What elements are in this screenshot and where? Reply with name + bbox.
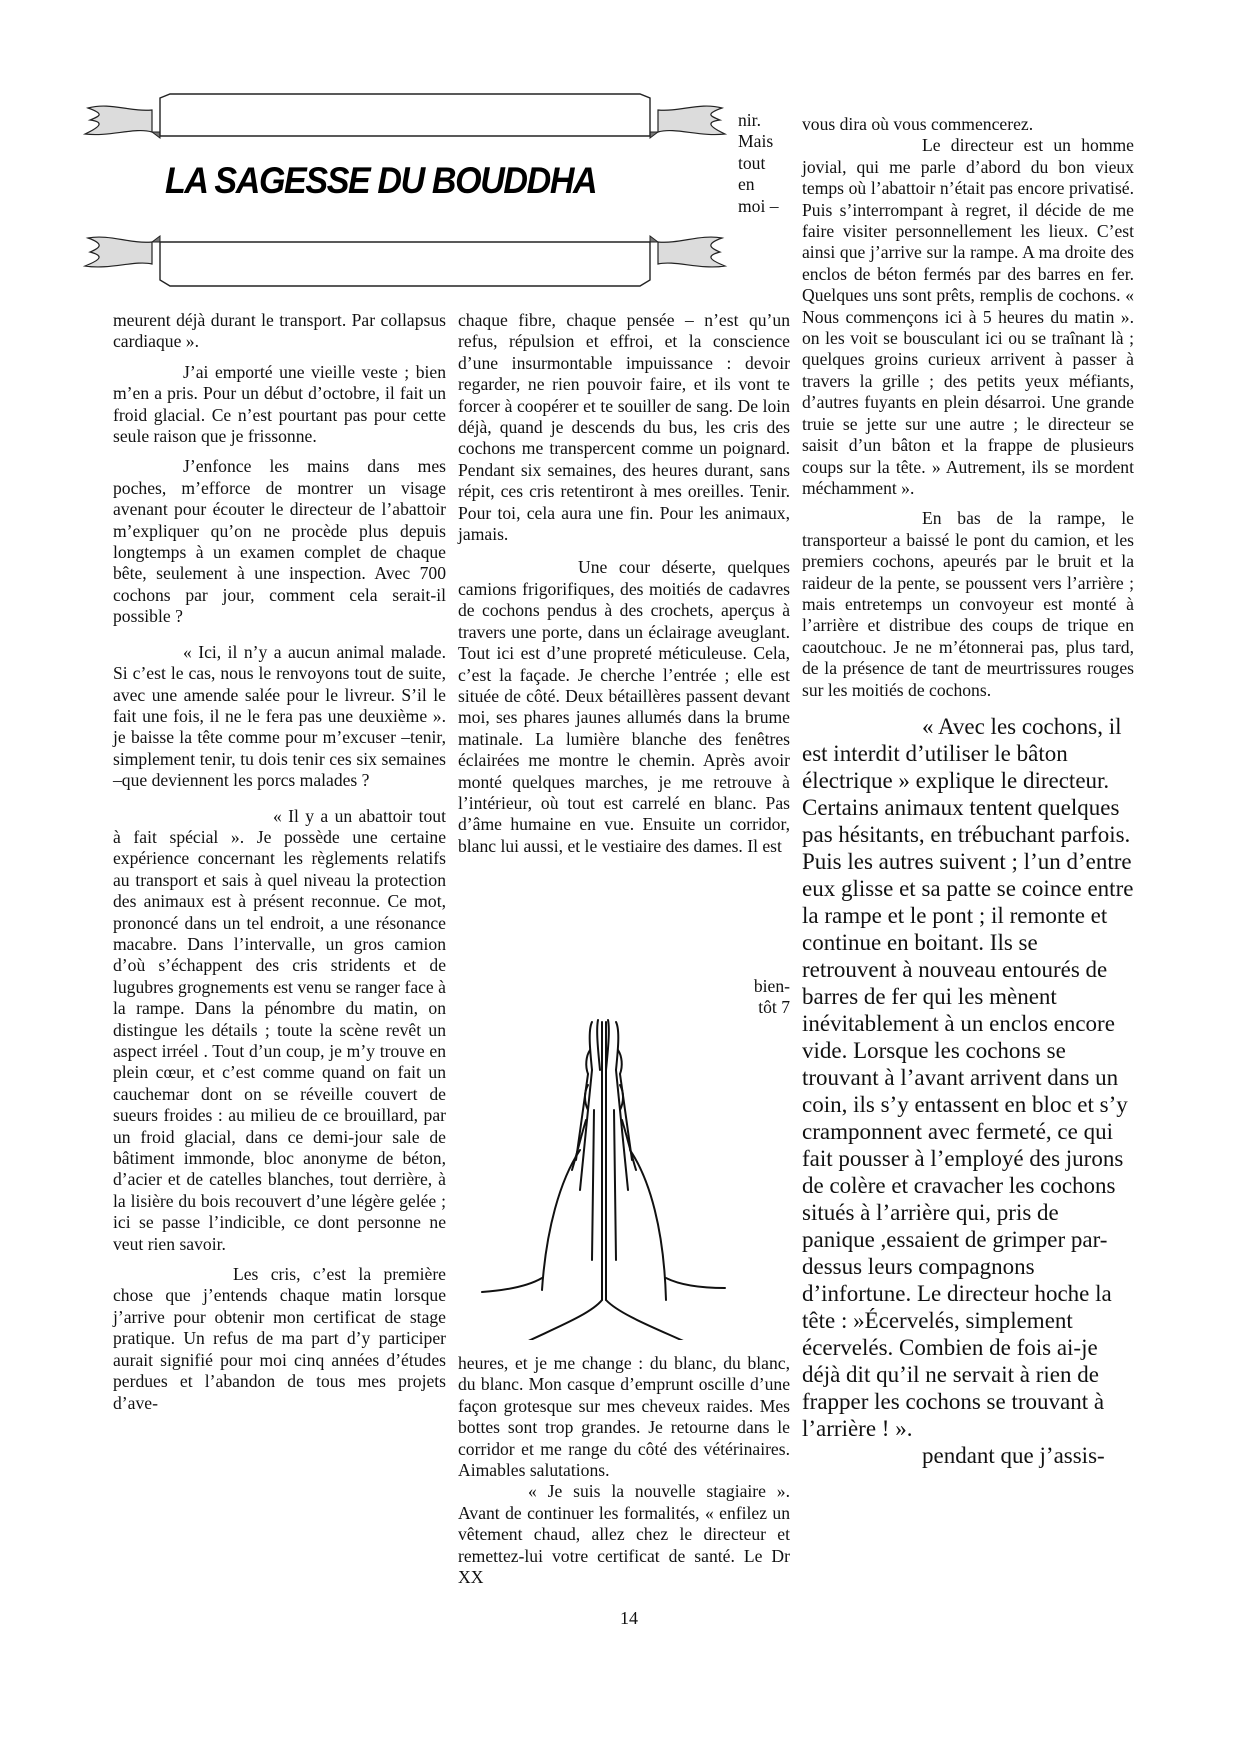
- praying-hands-icon: [480, 1010, 730, 1340]
- paragraph: « Il y a un abattoir tout à fait spécial…: [113, 806, 446, 1256]
- fragment-line: tout: [738, 153, 790, 174]
- page-number: 14: [620, 1608, 638, 1629]
- column-2: chaque fibre, chaque pensée – n’est qu’u…: [458, 310, 790, 857]
- column-1: meurent déjà durant le transport. Par co…: [113, 310, 446, 1414]
- paragraph: « Ici, il n’y a aucun animal malade. Si …: [113, 642, 446, 792]
- wrap-line: tôt 7: [742, 997, 790, 1018]
- paragraph: J’ai emporté une vieille veste ; bien m’…: [113, 362, 446, 448]
- paragraph: J’enfonce les mains dans mes poches, m’e…: [113, 456, 446, 627]
- paragraph: vous dira où vous commencerez.: [802, 114, 1134, 135]
- paragraph: « Je suis la nouvelle stagiaire ». Avant…: [458, 1481, 790, 1588]
- paragraph: Le directeur est un homme jovial, qui me…: [802, 135, 1134, 499]
- paragraph: heures, et je me change : du blanc, du b…: [458, 1353, 790, 1481]
- fragment-line: Mais: [738, 131, 790, 152]
- banner-ribbon-top: [80, 92, 730, 152]
- paragraph: Les cris, c’est la première chose que j’…: [113, 1264, 446, 1414]
- paragraph: En bas de la rampe, le transporteur a ba…: [802, 508, 1134, 701]
- fragment-line: moi –: [738, 196, 790, 217]
- paragraph: meurent déjà durant le transport. Par co…: [113, 310, 446, 353]
- article-title: LA SAGESSE DU BOUDDHA: [165, 160, 625, 202]
- fragment-line: en: [738, 174, 790, 195]
- paragraph-large: « Avec les cochons, il est interdit d’ut…: [802, 713, 1134, 1442]
- column-2-lower: heures, et je me change : du blanc, du b…: [458, 1353, 790, 1588]
- wrap-line: bien-: [742, 976, 790, 997]
- paragraph: chaque fibre, chaque pensée – n’est qu’u…: [458, 310, 790, 545]
- column2-wrap-text: bien- tôt 7: [742, 976, 790, 1019]
- paragraph: Une cour déserte, quelques camions frigo…: [458, 557, 790, 857]
- column2-fragment: nir. Mais tout en moi –: [738, 110, 790, 217]
- banner-ribbon-bottom: [80, 230, 730, 290]
- column-3: vous dira où vous commencerez. Le direct…: [802, 114, 1134, 1469]
- paragraph-large: pendant que j’assis-: [802, 1442, 1134, 1469]
- fragment-line: nir.: [738, 110, 790, 131]
